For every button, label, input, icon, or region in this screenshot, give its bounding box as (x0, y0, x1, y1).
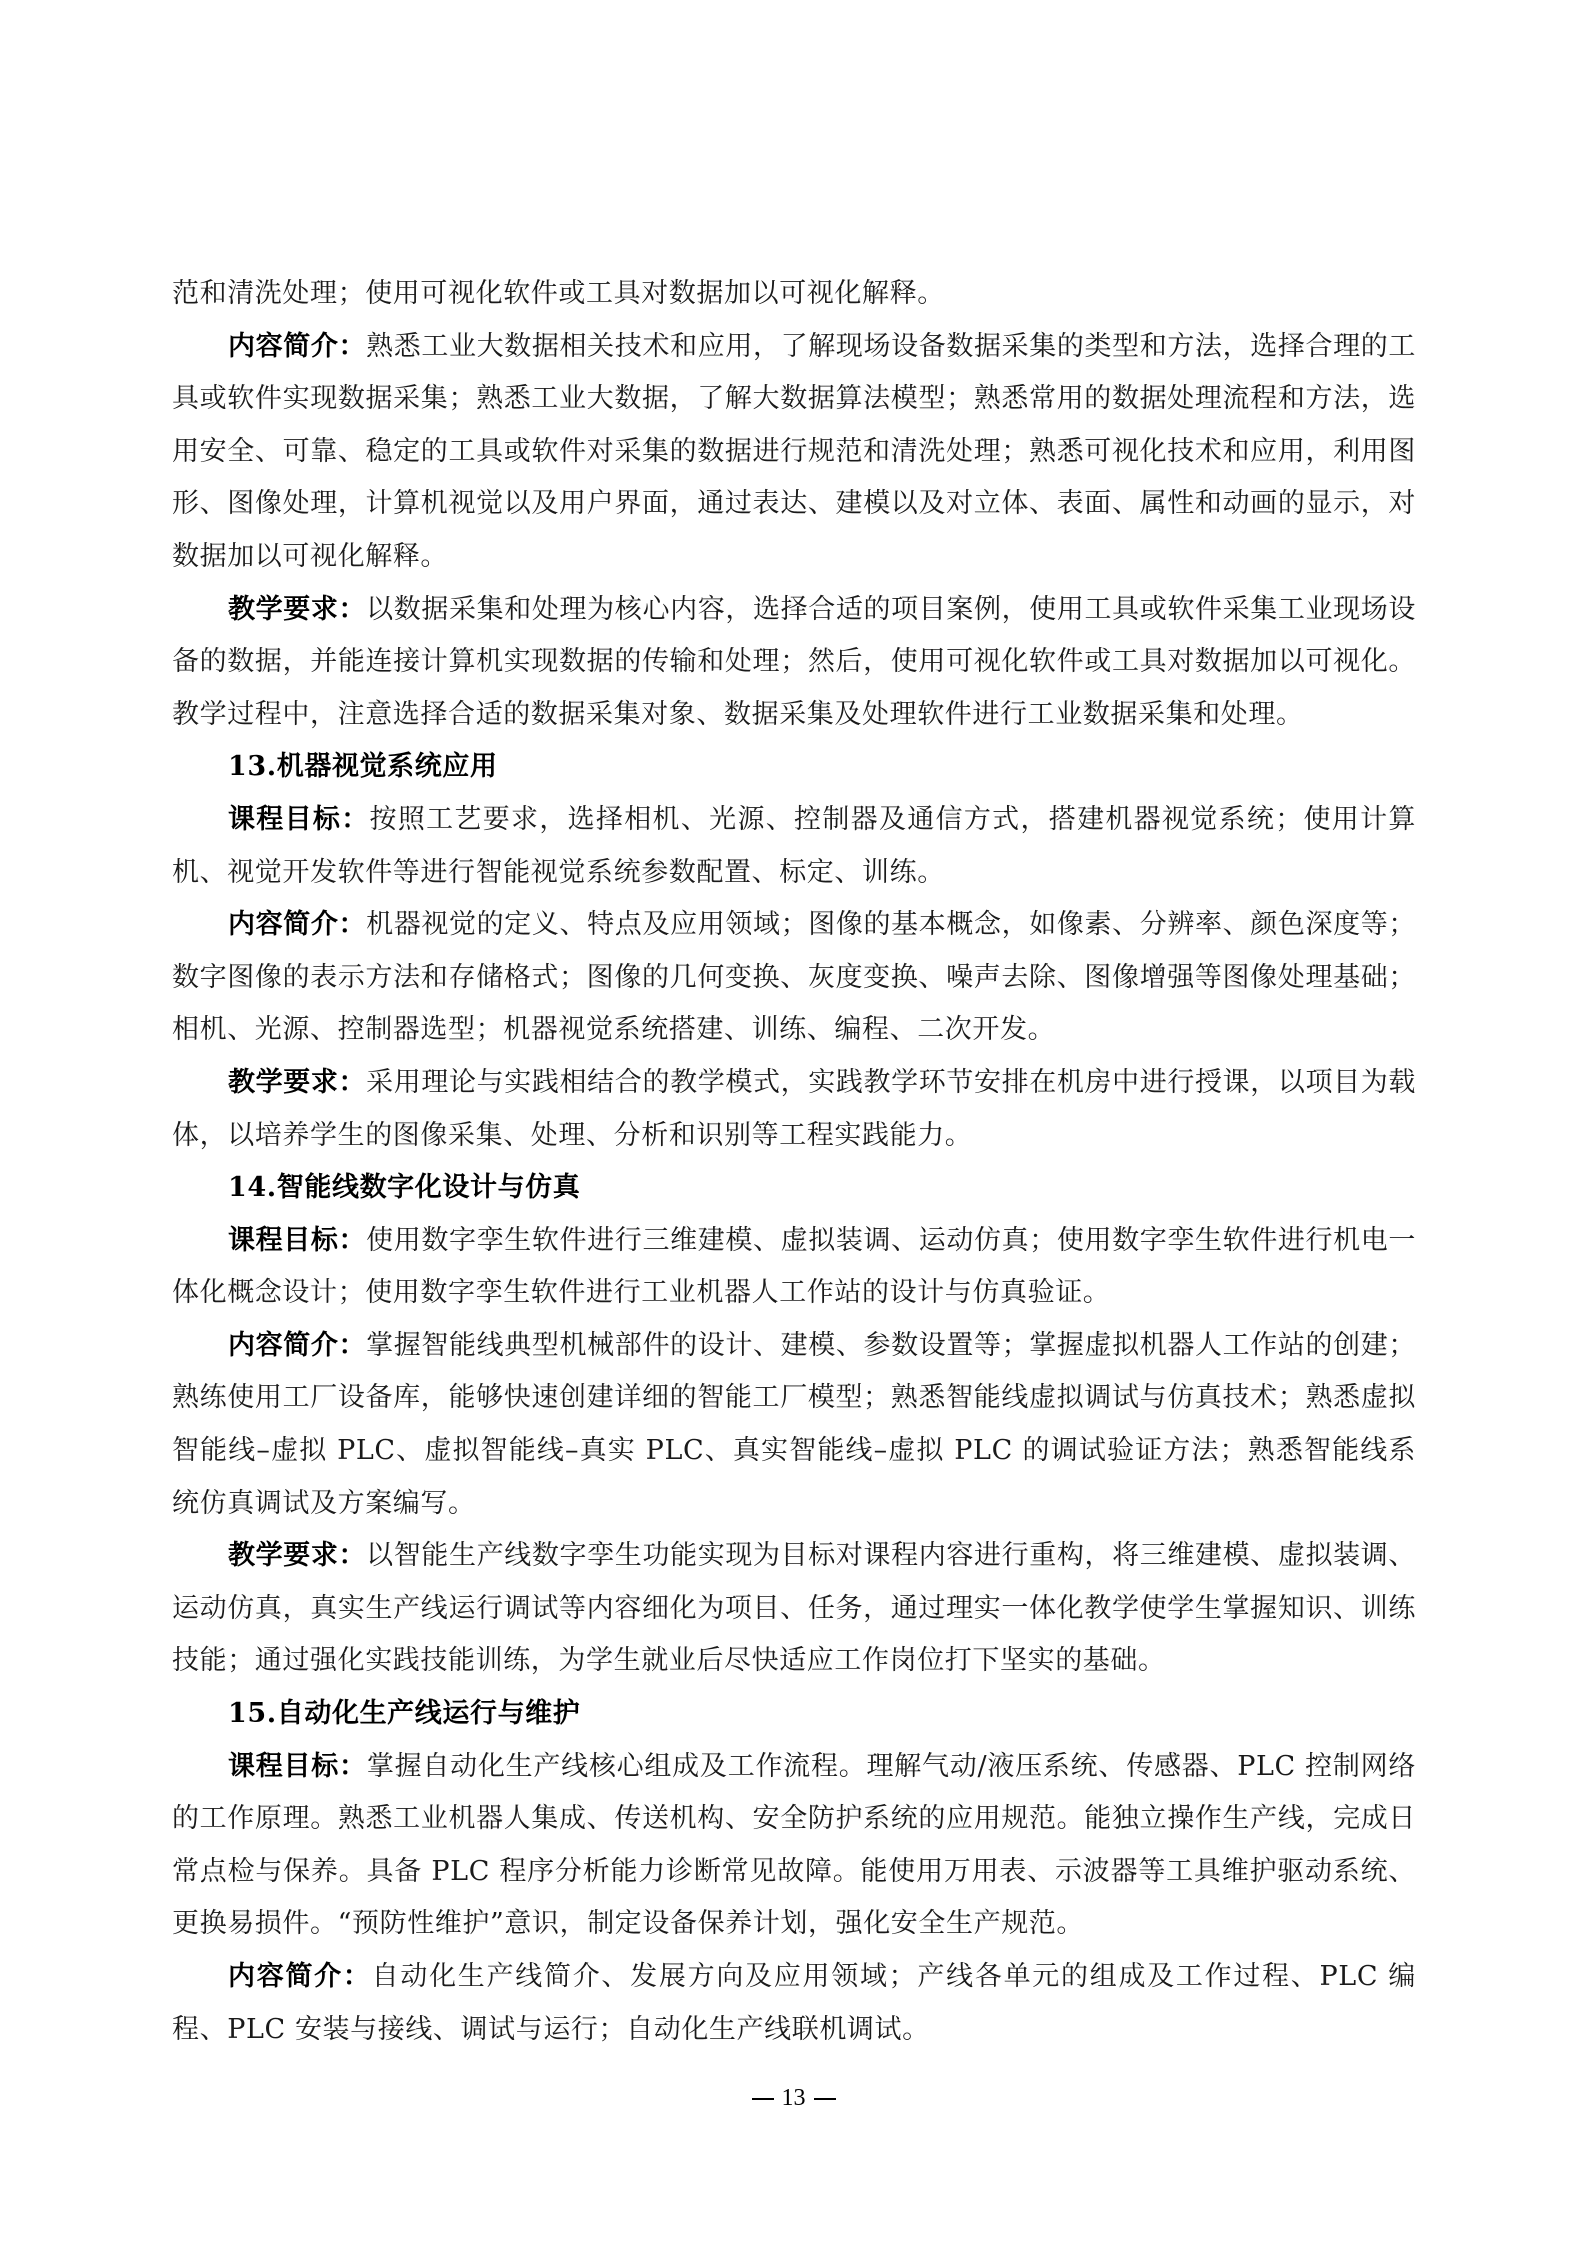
paragraph-label: 内容简介： (228, 1330, 366, 1361)
paragraph-text: 熟悉工业大数据相关技术和应用，了解现场设备数据采集的类型和方法，选择合理的工具或… (172, 331, 1416, 572)
paragraph-course-objective: 课程目标：掌握自动化生产线核心组成及工作流程。理解气动/液压系统、传感器、PLC… (172, 1741, 1416, 1951)
paragraph-content-intro: 内容简介：自动化生产线简介、发展方向及应用领域；产线各单元的组成及工作过程、PL… (172, 1951, 1416, 2056)
section-heading-15: 15.自动化生产线运行与维护 (172, 1688, 1416, 1741)
paragraph-teaching-requirements: 教学要求：采用理论与实践相结合的教学模式，实践教学环节安排在机房中进行授课，以项… (172, 1057, 1416, 1162)
document-body: 范和清洗处理；使用可视化软件或工具对数据加以可视化解释。 内容简介：熟悉工业大数… (172, 268, 1416, 2056)
paragraph-label: 课程目标： (228, 1751, 367, 1782)
paragraph-content-intro: 内容简介：机器视觉的定义、特点及应用领域；图像的基本概念，如像素、分辨率、颜色深… (172, 899, 1416, 1057)
paragraph-label: 内容简介： (228, 909, 366, 940)
dash-left (752, 2098, 774, 2100)
paragraph-course-objective: 课程目标：按照工艺要求，选择相机、光源、控制器及通信方式，搭建机器视觉系统；使用… (172, 794, 1416, 899)
paragraph-teaching-requirements: 教学要求：以智能生产线数字孪生功能实现为目标对课程内容进行重构，将三维建模、虚拟… (172, 1530, 1416, 1688)
paragraph-label: 课程目标： (228, 1225, 366, 1256)
paragraph-content-intro: 内容简介：掌握智能线典型机械部件的设计、建模、参数设置等；掌握虚拟机器人工作站的… (172, 1320, 1416, 1530)
dash-right (814, 2098, 836, 2100)
paragraph-course-objective: 课程目标：使用数字孪生软件进行三维建模、虚拟装调、运动仿真；使用数字孪生软件进行… (172, 1215, 1416, 1320)
paragraph-label: 教学要求： (228, 594, 366, 625)
section-heading-14: 14.智能线数字化设计与仿真 (172, 1162, 1416, 1215)
paragraph-content-intro: 内容简介：熟悉工业大数据相关技术和应用，了解现场设备数据采集的类型和方法，选择合… (172, 321, 1416, 584)
paragraph-teaching-requirements: 教学要求：以数据采集和处理为核心内容，选择合适的项目案例，使用工具或软件采集工业… (172, 584, 1416, 742)
paragraph-label: 内容简介： (228, 1961, 372, 1992)
paragraph-label: 内容简介： (228, 331, 366, 362)
paragraph-label: 课程目标： (228, 804, 370, 835)
section-heading-13: 13.机器视觉系统应用 (172, 741, 1416, 794)
page-footer: 13 (0, 2085, 1587, 2112)
paragraph-continuation: 范和清洗处理；使用可视化软件或工具对数据加以可视化解释。 (172, 268, 1416, 321)
page-number: 13 (782, 2085, 806, 2111)
paragraph-label: 教学要求： (228, 1067, 366, 1098)
paragraph-label: 教学要求： (228, 1540, 366, 1571)
